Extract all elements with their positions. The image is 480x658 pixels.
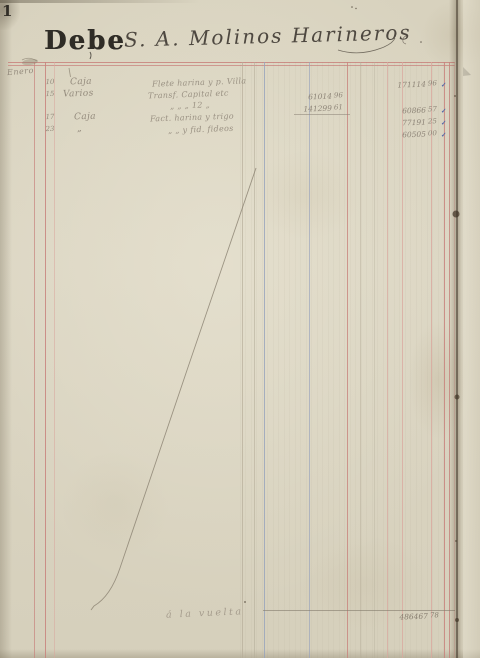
debe-flourish — [90, 52, 91, 59]
ink-speck — [355, 8, 356, 9]
diagonal-cancel-stroke — [91, 168, 256, 610]
ink-speck — [351, 6, 353, 8]
ink-dot — [244, 601, 246, 603]
title-flourish — [338, 38, 395, 53]
title-flourish-small — [403, 36, 407, 44]
facing-page-sliver — [463, 0, 480, 658]
ledger-page: 1 Debe S. A. Molinos Harineros Enero 10 … — [0, 0, 480, 658]
ink-strokes-layer — [0, 0, 480, 658]
ink-speck — [420, 41, 422, 43]
entry-start-stroke — [69, 68, 71, 77]
binding-gutter-line — [456, 0, 458, 658]
